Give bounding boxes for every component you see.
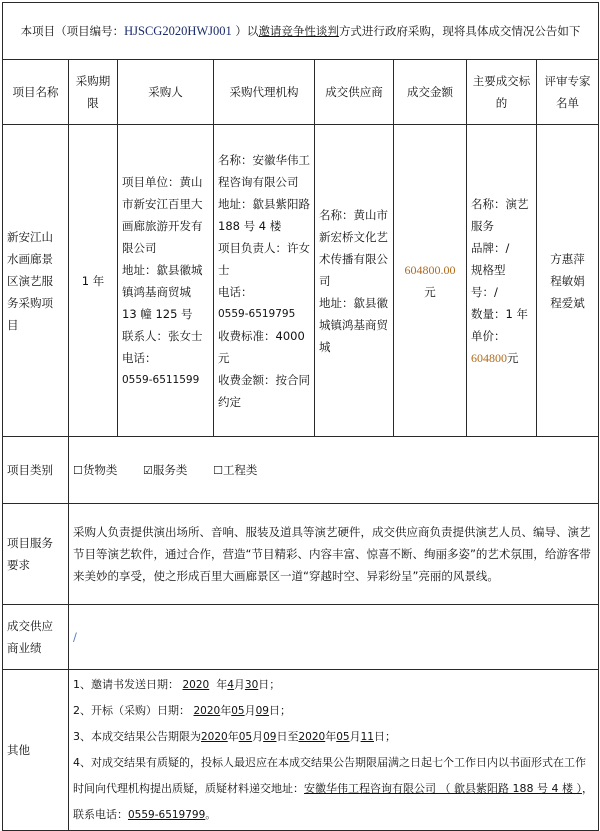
header-agency: 采购代理机构 [214,60,315,125]
objection-address: 安徽华伟工程咨询有限公司 （ 歙县紫阳路 188 号 4 楼 ） [304,782,582,795]
checkbox-checked-icon: ☑ [143,460,153,482]
intro-statement: 本项目（项目编号：HJSCG2020HWJ001 ）以邀请竞争性谈判方式进行政府… [3,3,599,60]
checkbox-unchecked-icon: ☐ [213,460,223,482]
supplier-name: 名称：黄山市新宏桥文化艺术传播有限公司 [319,204,389,292]
expert-name: 程爱斌 [541,292,594,314]
option-label: 货物类 [83,463,118,477]
intro-suffix: 方式进行政府采购，现将具体成交情况公告如下 [339,24,581,38]
amount-cell: 604800.00 元 [394,125,467,437]
subject-unit-price-label: 单价： [471,325,532,347]
month: 4 [227,679,234,691]
agency-phone: 0559-6519795 [218,303,310,325]
supplier-cell: 名称：黄山市新宏桥文化艺术传播有限公司 地址：歙县徽城镇鸿基商贸城 [315,125,394,437]
line-prefix: 2、开标（采购）日期： [73,704,190,717]
day: 30 [245,679,258,691]
month-unit: 月 [252,730,263,743]
category-option-engineering[interactable]: ☐工程类 [213,459,257,482]
day-unit: 日； [258,678,280,691]
range-to: 日至 [276,730,298,743]
agency-address: 地址：歙县紫阳路 188 号 4 楼 [218,193,310,237]
subject-name: 名称：演艺服务 [471,193,532,237]
objection-line: 4、对成交结果有质疑的，投标人最迟应在本成交结果公告期限届满之日起七个工作日内以… [73,750,594,828]
subject-brand: 品牌：/ [471,237,532,259]
option-label: 工程类 [223,463,258,477]
year: 2020 [201,731,228,743]
performance-value: / [69,605,599,670]
agency-cell: 名称：安徽华伟工程咨询有限公司 地址：歙县紫阳路 188 号 4 楼 项目负责人… [214,125,315,437]
line-end: 。 [205,808,216,821]
intro-mid: ）以 [232,24,259,38]
option-label: 服务类 [153,463,188,477]
amount-unit: 元 [398,281,462,303]
line-prefix: 3、本成交结果公告期限为 [73,730,201,743]
expert-name: 程敏娟 [541,270,594,292]
header-amount: 成交金额 [394,60,467,125]
header-subject: 主要成交标的 [467,60,537,125]
amount-value: 604800.00 [398,259,462,281]
table-row: 新安江山水画廊景区演艺服务采购项目 1 年 项目单位：黄山市新安江百里大画廊旅游… [3,125,599,437]
intro-prefix: 本项目（项目编号： [21,24,125,38]
agency-fee-standard: 收费标准：4000元 [218,325,310,369]
subject-quantity: 数量：1 年 [471,303,532,325]
project-name-cell: 新安江山水画廊景区演艺服务采购项目 [3,125,69,437]
month-unit: 月 [245,704,256,717]
day: 09 [256,705,269,717]
purchaser-cell: 项目单位：黄山市新安江百里大画廊旅游开发有限公司 地址：歙县徽城镇鸿基商贸城 1… [118,125,214,437]
day-unit: 日； [374,730,396,743]
year-unit: 年 [325,730,336,743]
announcement-period-line: 3、本成交结果公告期限为2020年05月09日至2020年05月11日； [73,724,594,750]
expert-name: 方惠萍 [541,248,594,270]
purchaser-phone-label: 电话： [122,347,209,369]
day: 11 [361,731,374,743]
day-unit: 日； [269,704,291,717]
month-unit: 月 [234,678,245,691]
supplier-address: 地址：歙县徽城镇鸿基商贸城 [319,292,389,358]
year-unit: 年 [216,678,227,691]
purchaser-unit: 项目单位：黄山市新安江百里大画廊旅游开发有限公司 [122,171,209,259]
other-label: 其他 [3,670,69,831]
performance-label: 成交供应商业绩 [3,605,69,670]
procurement-method: 邀请竞争性谈判 [258,24,339,38]
purchaser-phone: 0559-6511599 [122,369,209,391]
agency-manager: 项目负责人：许女士 [218,237,310,281]
requirements-label: 项目服务要求 [3,504,69,605]
subject-unit-price-unit: 元 [507,351,519,365]
invitation-date-line: 1、邀请书发送日期： 2020 年4月30日； [73,672,594,698]
other-content: 1、邀请书发送日期： 2020 年4月30日； 2、开标（采购）日期： 2020… [69,670,599,831]
month: 05 [239,731,252,743]
header-purchaser: 采购人 [118,60,214,125]
category-label: 项目类别 [3,437,69,504]
checkbox-unchecked-icon: ☐ [73,460,83,482]
month-unit: 月 [350,730,361,743]
month: 05 [336,731,349,743]
objection-phone: 0559-6519799 [128,809,205,821]
category-option-services[interactable]: ☑服务类 [143,459,187,482]
year-unit: 年 [228,730,239,743]
subject-cell: 名称：演艺服务 品牌：/ 规格型号：/ 数量：1 年 单价： 604800元 [467,125,537,437]
header-project-name: 项目名称 [3,60,69,125]
agency-phone-label: 电话： [218,281,310,303]
procurement-result-table: 本项目（项目编号：HJSCG2020HWJ001 ）以邀请竞争性谈判方式进行政府… [2,2,599,831]
category-options: ☐货物类 ☑服务类 ☐工程类 [69,437,599,504]
day: 09 [263,731,276,743]
header-experts: 评审专家名单 [537,60,599,125]
year: 2020 [194,705,221,717]
opening-date-line: 2、开标（采购）日期： 2020年05月09日； [73,698,594,724]
year: 2020 [298,731,325,743]
experts-cell: 方惠萍 程敏娟 程爱斌 [537,125,599,437]
line-prefix: 1、邀请书发送日期： [73,678,179,691]
agency-name: 名称：安徽华伟工程咨询有限公司 [218,149,310,193]
period-cell: 1 年 [69,125,118,437]
header-period: 采购期限 [69,60,118,125]
subject-model: 规格型号：/ [471,259,532,303]
purchaser-contact: 联系人：张女士 [122,325,209,347]
header-supplier: 成交供应商 [315,60,394,125]
agency-fee-amount: 收费金额：按合同约定 [218,369,310,413]
requirements-text: 采购人负责提供演出场所、音响、服装及道具等演艺硬件，成交供应商负责提供演艺人员、… [69,504,599,605]
month: 05 [231,705,244,717]
subject-unit-price: 604800 [471,351,507,365]
year: 2020 [183,679,210,691]
year-unit: 年 [220,704,231,717]
purchaser-address: 地址：歙县徽城镇鸿基商贸城 13 幢 125 号 [122,259,209,325]
category-option-goods[interactable]: ☐货物类 [73,459,117,482]
project-code: HJSCG2020HWJ001 [124,24,232,38]
